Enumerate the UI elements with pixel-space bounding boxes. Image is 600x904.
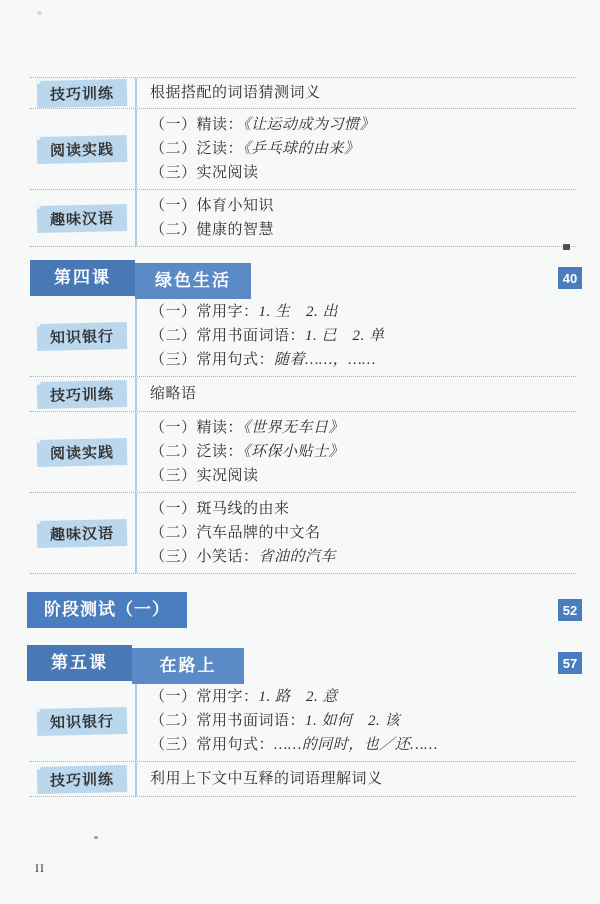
category-badge: 技巧训练 (37, 78, 128, 107)
table-row: 知识银行 （一）常用字：1. 路 2. 意 （二）常用书面词语：1. 如何 2.… (30, 681, 576, 762)
category-badge: 知识银行 (37, 321, 128, 350)
section-lesson4: 知识银行 （一）常用字：1. 生 2. 出 （二）常用书面词语：1. 已 2. … (30, 296, 576, 574)
toc-line: （一）精读：《世界无车日》 (150, 416, 576, 440)
toc-line: （二）健康的智慧 (150, 218, 576, 242)
toc-line: （一）斑马线的由来 (150, 497, 576, 521)
toc-line: （二）泛读：《乒乓球的由来》 (150, 137, 576, 161)
category-badge: 技巧训练 (37, 379, 128, 408)
toc-scanned-page: 技巧训练 根据搭配的词语猜测词义 阅读实践 （一）精读：《让运动成为习惯》 （二… (0, 0, 600, 904)
toc-line: （二）汽车品牌的中文名 (150, 521, 576, 545)
page-number-badge: 52 (558, 599, 582, 621)
toc-line: （一）体育小知识 (150, 194, 576, 218)
page-number-badge: 40 (558, 267, 582, 289)
table-row: 阅读实践 （一）精读：《让运动成为习惯》 （二）泛读：《乒乓球的由来》 （三）实… (30, 109, 576, 190)
lesson5-title-bar: 第五课 在路上 (27, 645, 244, 681)
toc-line: （三）小笑话：省油的汽车 (150, 545, 576, 569)
table-row: 技巧训练 缩略语 (30, 377, 576, 412)
lesson4-title-bar: 第四课 绿色生活 (30, 260, 251, 296)
table-row: 技巧训练 根据搭配的词语猜测词义 (30, 78, 576, 109)
lesson-title: 在路上 (132, 648, 244, 684)
toc-line: （一）常用字：1. 生 2. 出 (150, 300, 576, 324)
category-badge: 趣味汉语 (37, 518, 128, 547)
table-row: 趣味汉语 （一）斑马线的由来 （二）汽车品牌的中文名 （三）小笑话：省油的汽车 (30, 493, 576, 574)
toc-line: （三）实况阅读 (150, 464, 576, 488)
toc-line: （三）常用句式：随着……，…… (150, 348, 576, 372)
toc-line: （二）常用书面词语：1. 已 2. 单 (150, 324, 576, 348)
lesson-number: 第四课 (30, 260, 135, 296)
lesson-number: 第五课 (27, 645, 132, 681)
stage-test-header: 阶段测试（一） 52 (27, 592, 576, 628)
toc-line: （二）泛读：《环保小贴士》 (150, 440, 576, 464)
toc-line: 利用上下文中互释的词语理解词义 (150, 767, 576, 791)
table-row: 技巧训练 利用上下文中互释的词语理解词义 (30, 762, 576, 797)
toc-line: （一）精读：《让运动成为习惯》 (150, 113, 576, 137)
toc-line: （二）常用书面词语：1. 如何 2. 该 (150, 709, 576, 733)
table-row: 阅读实践 （一）精读：《世界无车日》 （二）泛读：《环保小贴士》 （三）实况阅读 (30, 412, 576, 493)
print-artifact (37, 11, 42, 15)
folio-page-number: II (35, 861, 45, 876)
toc-line: 根据搭配的词语猜测词义 (150, 81, 576, 105)
toc-line: （一）常用字：1. 路 2. 意 (150, 685, 576, 709)
lesson5-header: 第五课 在路上 57 (27, 645, 576, 681)
category-badge: 技巧训练 (37, 764, 128, 793)
category-badge: 知识银行 (37, 706, 128, 735)
category-badge: 阅读实践 (37, 134, 128, 163)
page-number-badge: 57 (558, 652, 582, 674)
lesson4-header: 第四课 绿色生活 40 (30, 260, 576, 296)
top-margin (0, 0, 600, 77)
stage-test-title-bar: 阶段测试（一） (27, 592, 187, 628)
toc-line: （三）常用句式：……的同时，也／还…… (150, 733, 576, 757)
table-row: 趣味汉语 （一）体育小知识 （二）健康的智慧 (30, 190, 576, 247)
lesson-title: 绿色生活 (135, 263, 251, 299)
section-lesson3-continuation: 技巧训练 根据搭配的词语猜测词义 阅读实践 （一）精读：《让运动成为习惯》 （二… (30, 77, 576, 247)
toc-line: （三）实况阅读 (150, 161, 576, 185)
category-badge: 趣味汉语 (37, 203, 128, 232)
table-row: 知识银行 （一）常用字：1. 生 2. 出 （二）常用书面词语：1. 已 2. … (30, 296, 576, 377)
section-lesson5: 知识银行 （一）常用字：1. 路 2. 意 （二）常用书面词语：1. 如何 2.… (30, 681, 576, 797)
category-badge: 阅读实践 (37, 437, 128, 466)
print-artifact (94, 836, 98, 839)
print-artifact (563, 244, 570, 250)
toc-line: 缩略语 (150, 382, 576, 406)
